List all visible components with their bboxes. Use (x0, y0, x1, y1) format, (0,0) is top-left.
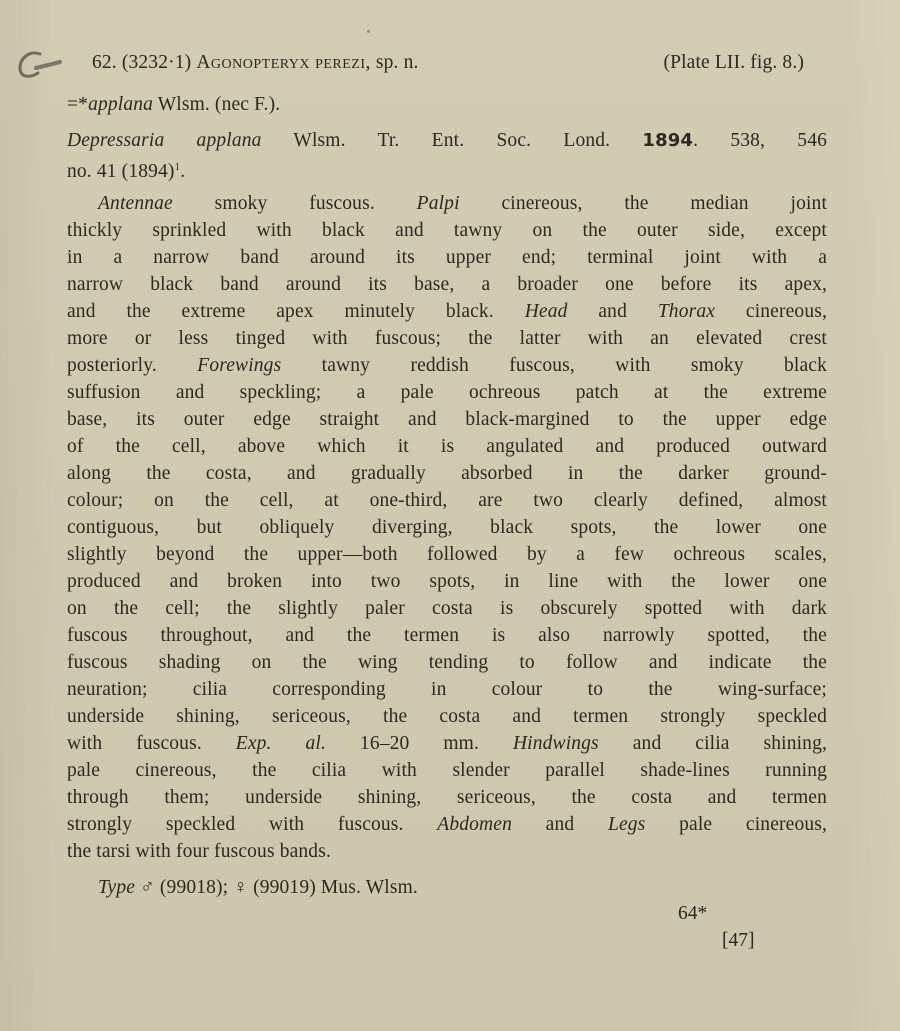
female-symbol-icon: ♀ (233, 877, 248, 898)
italic-term: Exp. al. (236, 733, 326, 754)
text-run: posteriorly. (67, 355, 197, 376)
description-line: slightly beyond the upper—both followed … (67, 541, 827, 568)
genus-name: Agonopteryx (196, 52, 310, 73)
page-number: [47] (722, 930, 755, 952)
text-run: colour; on the cell, at one-third, are t… (67, 490, 827, 511)
text-run: thickly sprinkled with black and tawny o… (67, 220, 827, 241)
text-run: neuration; cilia corresponding in colour… (67, 679, 827, 700)
male-type-number: (99018); (155, 877, 233, 898)
text-run: suffusion and speckling; a pale ochreous… (67, 382, 827, 403)
citation-end: . (180, 161, 185, 182)
pencil-margin-mark-icon (12, 48, 82, 84)
citation-year: 1894 (642, 130, 693, 151)
male-symbol-icon: ♂ (140, 877, 155, 898)
synonym-authority: Wlsm. (nec F.). (153, 94, 280, 115)
citation-name: Depressaria applana (67, 130, 262, 151)
description-line: in a narrow band around its upper end; t… (67, 244, 827, 271)
text-run: slightly beyond the upper—both followed … (67, 544, 827, 565)
description-line: fuscous shading on the wing tending to f… (67, 649, 827, 676)
text-run: 16–20 mm. (326, 733, 513, 754)
description-line: through them; underside shining, sericeo… (67, 784, 827, 811)
species-name: perezi, (315, 52, 371, 73)
description-line: neuration; cilia corresponding in colour… (67, 676, 827, 703)
text-run: and the extreme apex minutely black. (67, 301, 525, 322)
description-line: produced and broken into two spots, in l… (67, 568, 827, 595)
text-run: in a narrow band around its upper end; t… (67, 247, 827, 268)
description-line: contiguous, but obliquely diverging, bla… (67, 514, 827, 541)
description-line: posteriorly. Forewings tawny reddish fus… (67, 352, 827, 379)
text-run: and (512, 814, 608, 835)
citation-line-2: no. 41 (1894)1. (67, 154, 827, 185)
text-run: base, its outer edge straight and black-… (67, 409, 827, 430)
text-run: pale cinereous, (645, 814, 827, 835)
synonym-prefix: =* (67, 94, 88, 115)
text-run: along the costa, and gradually absorbed … (67, 463, 827, 484)
description-line: and the extreme apex minutely black. Hea… (67, 298, 827, 325)
catalog-ref: (3232·1) (122, 52, 191, 73)
citation-pages: . 538, 546 (693, 130, 827, 151)
print-speck (367, 30, 370, 33)
entry-heading-left: 62. (3232·1) Agonopteryx perezi, sp. n. (92, 49, 419, 76)
text-run: and (568, 301, 658, 322)
text-run: fuscous throughout, and the termen is al… (67, 625, 827, 646)
text-run: cinereous, the median joint (460, 193, 827, 214)
text-run: on the cell; the slightly paler costa is… (67, 598, 827, 619)
description-line: pale cinereous, the cilia with slender p… (67, 757, 827, 784)
text-run: through them; underside shining, sericeo… (67, 787, 827, 808)
text-run: produced and broken into two spots, in l… (67, 571, 827, 592)
italic-term: Hindwings (513, 733, 599, 754)
italic-term: Abdomen (437, 814, 512, 835)
text-run: with fuscous. (67, 733, 236, 754)
document-page: 62. (3232·1) Agonopteryx perezi, sp. n. … (0, 0, 900, 1031)
plate-reference: (Plate LII. fig. 8.) (663, 49, 804, 76)
description-line: thickly sprinkled with black and tawny o… (67, 217, 827, 244)
text-run: more or less tinged with fuscous; the la… (67, 328, 827, 349)
synonym-line: =*applana Wlsm. (nec F.). (67, 91, 827, 118)
type-label: Type (98, 877, 135, 898)
entry-number: 62. (92, 52, 117, 73)
description-line: of the cell, above which it is angulated… (67, 433, 827, 460)
italic-term: Head (525, 301, 568, 322)
description-line: the tarsi with four fuscous bands. (67, 838, 827, 865)
text-run: the tarsi with four fuscous bands. (67, 841, 331, 862)
synonym-name: applana (88, 94, 153, 115)
description-line: along the costa, and gradually absorbed … (67, 460, 827, 487)
text-run: cinereous, (715, 301, 827, 322)
text-run: contiguous, but obliquely diverging, bla… (67, 517, 827, 538)
description-line: on the cell; the slightly paler costa is… (67, 595, 827, 622)
text-run: strongly speckled with fuscous. (67, 814, 437, 835)
signature-mark: 64* (678, 903, 707, 925)
text-run: pale cinereous, the cilia with slender p… (67, 760, 827, 781)
species-status: sp. n. (376, 52, 419, 73)
citation-line-1: Depressaria applana Wlsm. Tr. Ent. Soc. … (67, 127, 827, 154)
description-line: narrow black band around its base, a bro… (67, 271, 827, 298)
italic-term: Antennae (98, 193, 173, 214)
description-line: colour; on the cell, at one-third, are t… (67, 487, 827, 514)
description-line: more or less tinged with fuscous; the la… (67, 325, 827, 352)
text-run: smoky fuscous. (173, 193, 417, 214)
description-line: base, its outer edge straight and black-… (67, 406, 827, 433)
text-run: fuscous shading on the wing tending to f… (67, 652, 827, 673)
description-line: Antennae smoky fuscous. Palpi cinereous,… (98, 190, 827, 217)
type-line: Type ♂ (99018); ♀ (99019) Mus. Wlsm. (98, 874, 858, 901)
citation-number: no. 41 (1894) (67, 161, 175, 182)
text-run: of the cell, above which it is angulated… (67, 436, 827, 457)
description-line: suffusion and speckling; a pale ochreous… (67, 379, 827, 406)
text-run: underside shining, sericeous, the costa … (67, 706, 827, 727)
text-run: tawny reddish fuscous, with smoky black (281, 355, 827, 376)
italic-term: Forewings (197, 355, 281, 376)
description-line: fuscous throughout, and the termen is al… (67, 622, 827, 649)
description-line: strongly speckled with fuscous. Abdomen … (67, 811, 827, 838)
italic-term: Thorax (658, 301, 715, 322)
text-run: and cilia shining, (599, 733, 827, 754)
citation-journal: Wlsm. Tr. Ent. Soc. Lond. (262, 130, 643, 151)
text-run: narrow black band around its base, a bro… (67, 274, 827, 295)
description-line: underside shining, sericeous, the costa … (67, 703, 827, 730)
entry-heading: 62. (3232·1) Agonopteryx perezi, sp. n. … (92, 49, 804, 76)
italic-term: Palpi (417, 193, 460, 214)
description-line: with fuscous. Exp. al. 16–20 mm. Hindwin… (67, 730, 827, 757)
female-type-and-museum: (99019) Mus. Wlsm. (248, 877, 418, 898)
italic-term: Legs (608, 814, 645, 835)
